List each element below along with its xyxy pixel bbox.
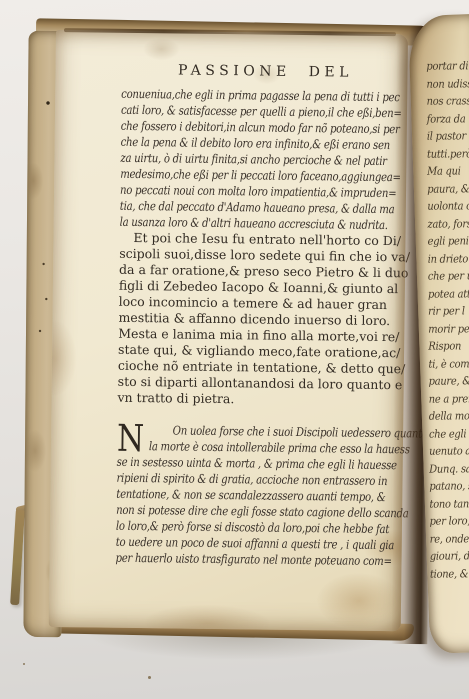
background-speck bbox=[23, 663, 25, 665]
drop-cap-initial: N bbox=[117, 423, 144, 454]
running-header: PASSIONE DEL bbox=[121, 61, 409, 83]
text-block: PASSIONE DEL conueniua,che egli in prima… bbox=[115, 61, 409, 585]
left-page: PASSIONE DEL conueniua,che egli in prima… bbox=[49, 30, 408, 631]
background-speck bbox=[148, 676, 151, 679]
paragraph-scripture: Et poi che Iesu fu entrato nell'horto co… bbox=[117, 230, 407, 410]
paragraph-commentary-1: conueniua,che egli in prima pagasse la p… bbox=[120, 86, 409, 233]
paragraph-commentary-2: NOn uolea forse che i suoi Discipoli ued… bbox=[115, 406, 404, 585]
book-photo: PASSIONE DEL conueniua,che egli in prima… bbox=[0, 0, 469, 699]
right-page-partial-text: portar di u non udisser nos crasse forza… bbox=[426, 57, 469, 582]
paragraph-commentary-2-text: On uolea forse che i suoi Discipoli uede… bbox=[115, 423, 427, 568]
leather-tie-strap bbox=[10, 510, 25, 605]
